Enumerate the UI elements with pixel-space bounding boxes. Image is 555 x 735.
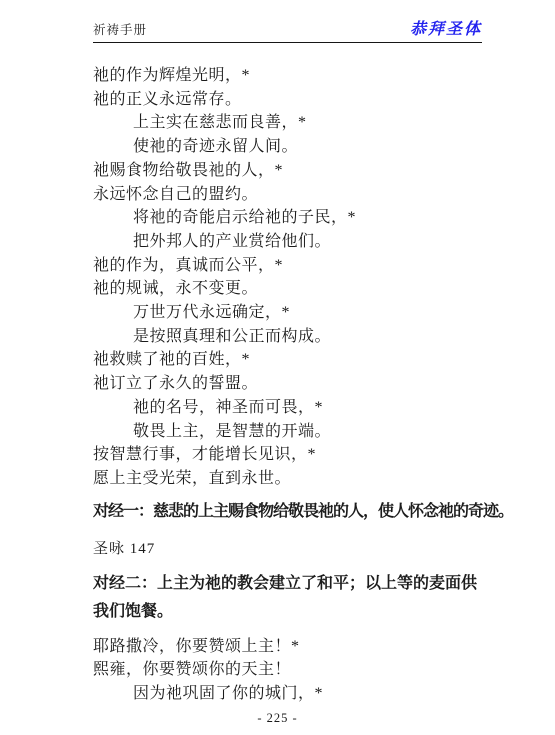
antiphon-1: 对经一：慈悲的上主赐食物给敬畏祂的人，使人怀念祂的奇迹。 <box>93 501 482 523</box>
verse-line: 祂的规诫，永不变更。 <box>93 277 482 301</box>
verse-line: 祂的作为，真诚而公平，* <box>93 254 482 278</box>
verse-line: 祂救赎了祂的百姓，* <box>93 348 482 372</box>
verse-line: 永远怀念自己的盟约。 <box>93 183 482 207</box>
verse-line: 把外邦人的产业赏给他们。 <box>93 230 482 254</box>
antiphon-2: 对经二：上主为祂的教会建立了和平；以上等的麦面供我们饱餐。 <box>93 570 482 626</box>
verse-line: 是按照真理和公正而构成。 <box>93 325 482 349</box>
page-header: 祈祷手册 恭拜圣体 <box>93 20 482 43</box>
verse-line: 按智慧行事，才能增长见识，* <box>93 443 482 467</box>
verse-line: 祂的作为辉煌光明，* <box>93 64 482 88</box>
page-number: - 225 - <box>257 711 297 725</box>
psalm-1-verses: 祂的作为辉煌光明，*祂的正义永远常存。上主实在慈悲而良善，*使祂的奇迹永留人间。… <box>93 64 482 491</box>
verse-line: 万世万代永远确定，* <box>93 301 482 325</box>
verse-line: 因为祂巩固了你的城门，* <box>93 682 482 706</box>
verse-line: 使祂的奇迹永留人间。 <box>93 135 482 159</box>
verse-line: 祂的名号，神圣而可畏，* <box>93 396 482 420</box>
verse-line: 愿上主受光荣，直到永世。 <box>93 467 482 491</box>
page-footer: - 225 - <box>0 711 555 726</box>
prayer-book-page: 祈祷手册 恭拜圣体 祂的作为辉煌光明，*祂的正义永远常存。上主实在慈悲而良善，*… <box>0 0 555 735</box>
verse-line: 敬畏上主，是智慧的开端。 <box>93 420 482 444</box>
psalm-2-verses: 耶路撒冷，你要赞颂上主！*熙雍，你要赞颂你的天主！因为祂巩固了你的城门，* <box>93 635 482 706</box>
verse-line: 熙雍，你要赞颂你的天主！ <box>93 658 482 682</box>
verse-line: 祂订立了永久的誓盟。 <box>93 372 482 396</box>
page-content: 祈祷手册 恭拜圣体 祂的作为辉煌光明，*祂的正义永远常存。上主实在慈悲而良善，*… <box>93 20 482 706</box>
psalm-reference: 圣咏 147 <box>93 537 482 558</box>
book-title: 祈祷手册 <box>93 20 147 38</box>
verse-line: 祂的正义永远常存。 <box>93 88 482 112</box>
verse-line: 将祂的奇能启示给祂的子民，* <box>93 206 482 230</box>
verse-line: 上主实在慈悲而良善，* <box>93 111 482 135</box>
verse-line: 祂赐食物给敬畏祂的人，* <box>93 159 482 183</box>
section-title: 恭拜圣体 <box>410 22 482 38</box>
verse-line: 耶路撒冷，你要赞颂上主！* <box>93 635 482 659</box>
